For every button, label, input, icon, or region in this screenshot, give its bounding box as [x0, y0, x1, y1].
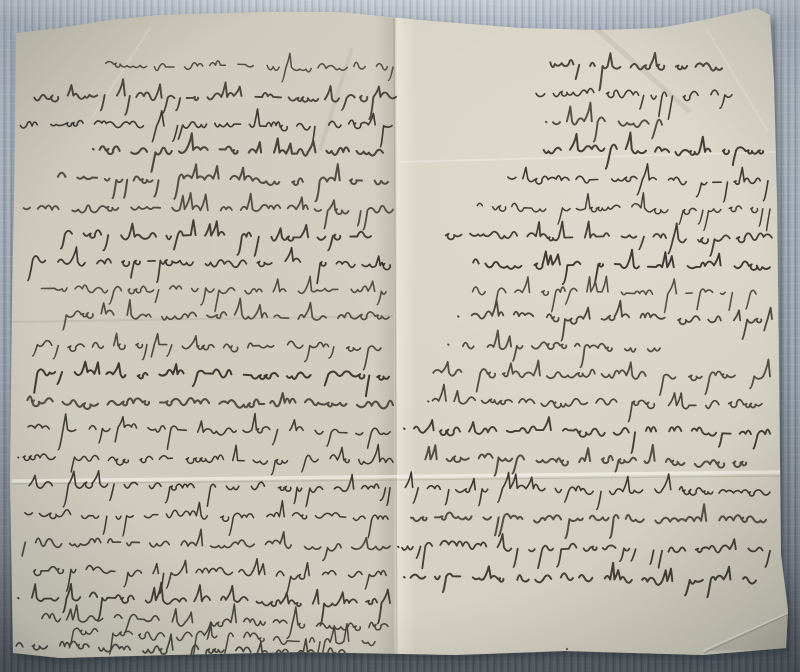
- photo-vignette: [0, 0, 800, 672]
- photo-frame: Photograph of an old two-page handwritte…: [0, 0, 800, 672]
- letter-photo-svg: Photograph of an old two-page handwritte…: [0, 0, 800, 672]
